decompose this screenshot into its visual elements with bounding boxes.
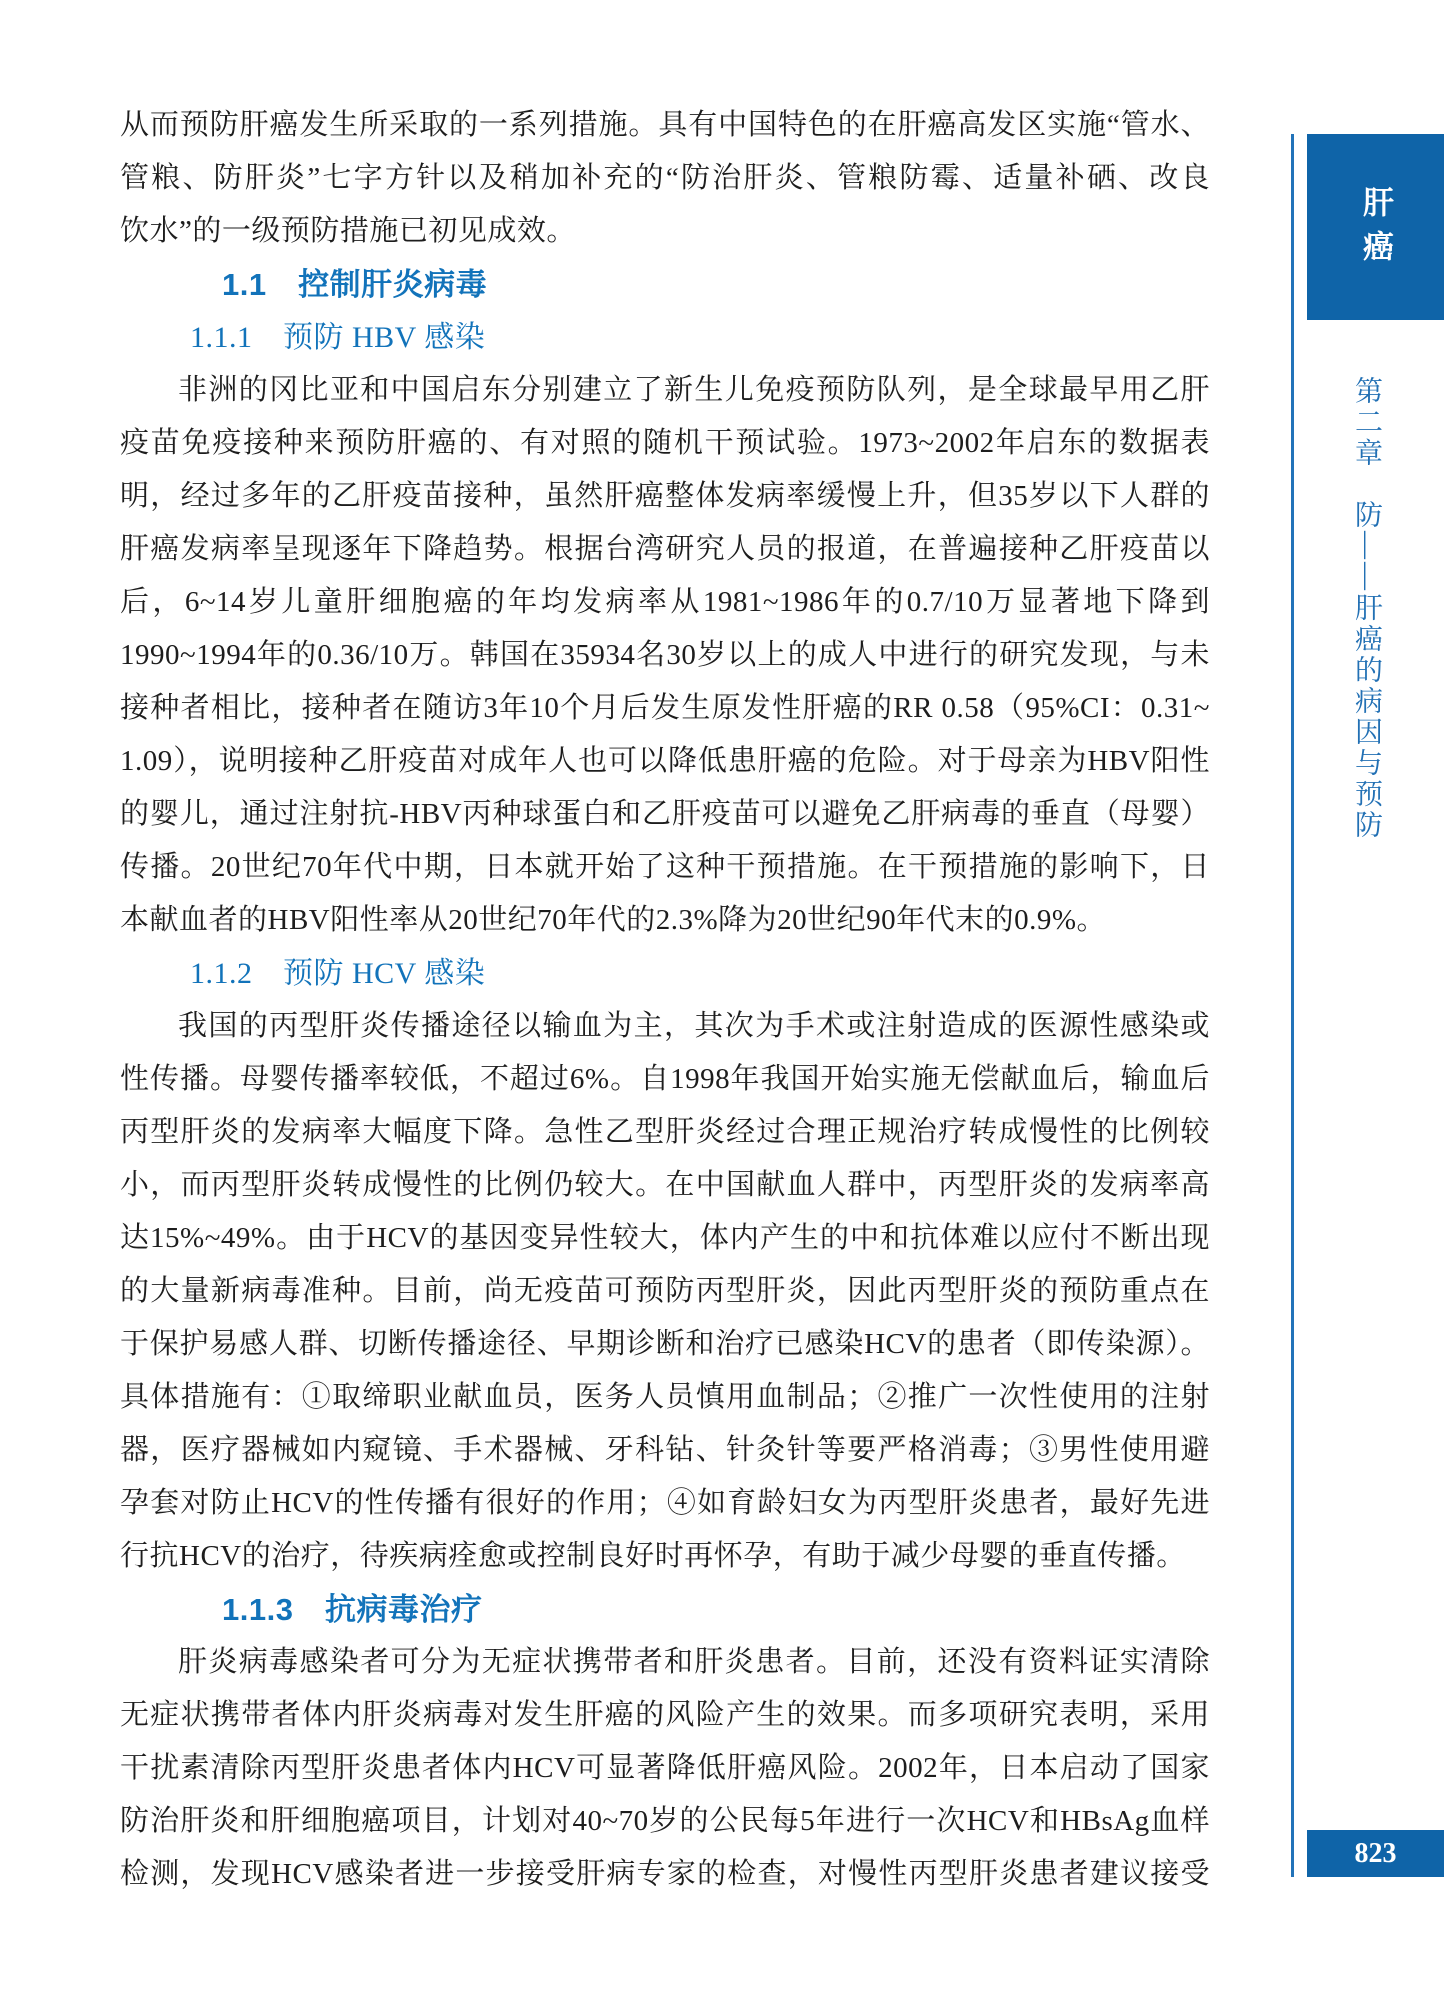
text-line: 疫苗免疫接种来预防肝癌的、有对照的随机干预试验。1973~2002年启东的数据表 bbox=[120, 417, 1210, 470]
section-heading: 1.1.3 抗病毒治疗 bbox=[120, 1583, 1210, 1636]
section-heading: 1.1.1 预防 HBV 感染 bbox=[120, 311, 1210, 364]
section-heading: 1.1.2 预防 HCV 感染 bbox=[120, 947, 1210, 1000]
text-line: 器，医疗器械如内窥镜、手术器械、牙科钻、针灸针等要严格消毒；③男性使用避 bbox=[120, 1424, 1210, 1477]
text-line: 达15%~49%。由于HCV的基因变异性较大，体内产生的中和抗体难以应付不断出现 bbox=[120, 1212, 1210, 1265]
text-line: 孕套对防止HCV的性传播有很好的作用；④如育龄妇女为丙型肝炎患者，最好先进 bbox=[120, 1477, 1210, 1530]
text-line: 传播。20世纪70年代中期，日本就开始了这种干预措施。在干预措施的影响下，日 bbox=[120, 841, 1210, 894]
text-line: 管粮、防肝炎”七字方针以及稍加补充的“防治肝炎、管粮防霉、适量补硒、改良 bbox=[120, 152, 1210, 205]
text-line: 1990~1994年的0.36/10万。韩国在35934名30岁以上的成人中进行… bbox=[120, 629, 1210, 682]
text-line: 防治肝炎和肝细胞癌项目，计划对40~70岁的公民每5年进行一次HCV和HBsAg… bbox=[120, 1795, 1210, 1848]
text-line: 性传播。母婴传播率较低，不超过6%。自1998年我国开始实施无偿献血后，输血后 bbox=[120, 1053, 1210, 1106]
text-line: 接种者相比，接种者在随访3年10个月后发生原发性肝癌的RR 0.58（95%CI… bbox=[120, 682, 1210, 735]
text-line: 本献血者的HBV阳性率从20世纪70年代的2.3%降为20世纪90年代末的0.9… bbox=[120, 894, 1210, 947]
page-number-badge: 823 bbox=[1307, 1830, 1444, 1877]
text-line: 行抗HCV的治疗，待疾病痊愈或控制良好时再怀孕，有助于减少母婴的垂直传播。 bbox=[120, 1530, 1210, 1583]
page-number: 823 bbox=[1355, 1838, 1397, 1870]
text-line: 具体措施有：①取缔职业献血员，医务人员慎用血制品；②推广一次性使用的注射 bbox=[120, 1371, 1210, 1424]
text-line: 丙型肝炎的发病率大幅度下降。急性乙型肝炎经过合理正规治疗转成慢性的比例较 bbox=[120, 1106, 1210, 1159]
text-line: 的婴儿，通过注射抗-HBV丙种球蛋白和乙肝疫苗可以避免乙肝病毒的垂直（母婴） bbox=[120, 788, 1210, 841]
text-line: 检测，发现HCV感染者进一步接受肝病专家的检查，对慢性丙型肝炎患者建议接受 bbox=[120, 1848, 1210, 1901]
text-line: 肝癌发病率呈现逐年下降趋势。根据台湾研究人员的报道，在普遍接种乙肝疫苗以 bbox=[120, 523, 1210, 576]
text-line: 干扰素清除丙型肝炎患者体内HCV可显著降低肝癌风险。2002年，日本启动了国家 bbox=[120, 1742, 1210, 1795]
text-line: 明，经过多年的乙肝疫苗接种，虽然肝癌整体发病率缓慢上升，但35岁以下人群的 bbox=[120, 470, 1210, 523]
text-line: 从而预防肝癌发生所采取的一系列措施。具有中国特色的在肝癌高发区实施“管水、 bbox=[120, 99, 1210, 152]
chapter-tab-label: 肝癌 bbox=[1353, 186, 1398, 320]
sidebar-rule bbox=[1291, 134, 1294, 1877]
section-heading: 1.1 控制肝炎病毒 bbox=[120, 258, 1210, 311]
text-line: 我国的丙型肝炎传播途径以输血为主，其次为手术或注射造成的医源性感染或 bbox=[120, 1000, 1210, 1053]
chapter-title-vertical: 第二章 防——肝癌的病因与预防 bbox=[1346, 376, 1386, 1276]
text-line: 的大量新病毒准种。目前，尚无疫苗可预防丙型肝炎，因此丙型肝炎的预防重点在 bbox=[120, 1265, 1210, 1318]
text-line: 非洲的冈比亚和中国启东分别建立了新生儿免疫预防队列，是全球最早用乙肝 bbox=[120, 364, 1210, 417]
text-line: 后，6~14岁儿童肝细胞癌的年均发病率从1981~1986年的0.7/10万显著… bbox=[120, 576, 1210, 629]
main-text-column: 从而预防肝癌发生所采取的一系列措施。具有中国特色的在肝癌高发区实施“管水、管粮、… bbox=[120, 99, 1210, 1901]
text-line: 肝炎病毒感染者可分为无症状携带者和肝炎患者。目前，还没有资料证实清除 bbox=[120, 1636, 1210, 1689]
text-line: 1.09），说明接种乙肝疫苗对成年人也可以降低患肝癌的危险。对于母亲为HBV阳性 bbox=[120, 735, 1210, 788]
text-line: 小，而丙型肝炎转成慢性的比例仍较大。在中国献血人群中，丙型肝炎的发病率高 bbox=[120, 1159, 1210, 1212]
book-page: 从而预防肝癌发生所采取的一系列措施。具有中国特色的在肝癌高发区实施“管水、管粮、… bbox=[0, 0, 1444, 2010]
text-line: 饮水”的一级预防措施已初见成效。 bbox=[120, 205, 1210, 258]
text-line: 无症状携带者体内肝炎病毒对发生肝癌的风险产生的效果。而多项研究表明，采用 bbox=[120, 1689, 1210, 1742]
chapter-tab: 肝癌 bbox=[1307, 134, 1444, 320]
text-line: 于保护易感人群、切断传播途径、早期诊断和治疗已感染HCV的患者（即传染源）。 bbox=[120, 1318, 1210, 1371]
